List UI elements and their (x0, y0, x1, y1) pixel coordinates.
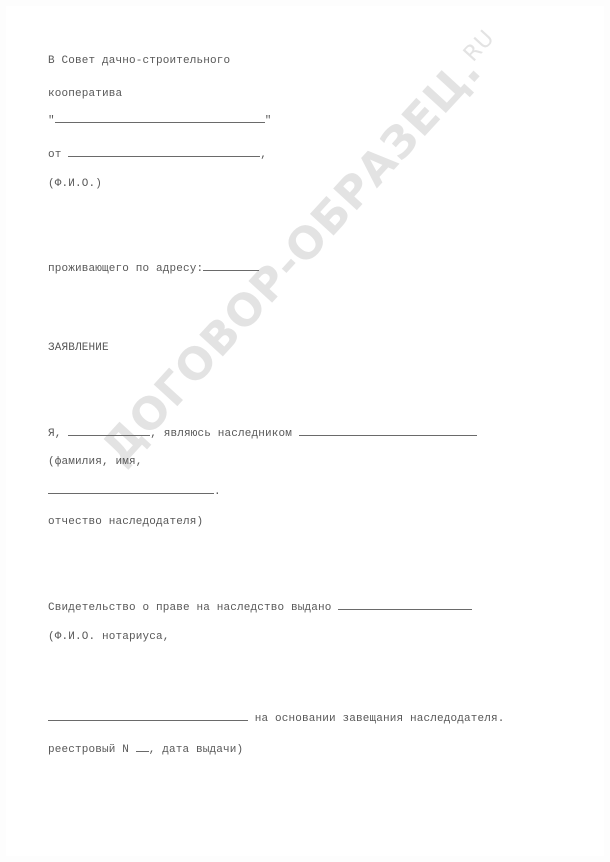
quote-close: " (265, 115, 272, 127)
registry-suffix: , дата выдачи) (149, 744, 244, 756)
testator-name-continued-field[interactable] (48, 483, 214, 494)
address-label: проживающего по адресу: (48, 263, 203, 275)
notary-details-field[interactable] (48, 710, 248, 721)
from-suffix: , (260, 149, 267, 161)
certificate-text: Свидетельство о праве на наследство выда… (48, 602, 332, 614)
fio-hint: (Ф.И.О.) (48, 177, 102, 191)
from-label: от (48, 149, 62, 161)
notary-name-field[interactable] (338, 599, 472, 610)
quote-open: " (48, 115, 55, 127)
heir-hint: (фамилия, имя, (48, 455, 143, 469)
address-row: проживающего по адресу: (48, 260, 259, 276)
basis-text: на основании завещания наследодателя. (255, 713, 505, 725)
registry-row: реестровый N , дата выдачи) (48, 741, 243, 757)
address-field[interactable] (203, 260, 259, 271)
heir-period: . (214, 486, 221, 498)
cooperative-name-field[interactable] (55, 112, 265, 123)
from-row: от , (48, 146, 267, 162)
heir-name-field[interactable] (68, 425, 150, 436)
addressee-line-2: кооператива (48, 87, 122, 101)
testator-continued-row: . (48, 483, 221, 499)
registry-prefix: реестровый N (48, 744, 129, 756)
certificate-row: Свидетельство о праве на наследство выда… (48, 599, 472, 615)
basis-row: на основании завещания наследодателя. (48, 710, 505, 726)
applicant-name-field[interactable] (68, 146, 260, 157)
addressee-line-1: В Совет дачно-строительного (48, 54, 230, 68)
registry-number-field[interactable] (136, 741, 149, 752)
heir-hint-2: отчество наследодателя) (48, 515, 203, 529)
heir-prefix: Я, (48, 428, 62, 440)
testator-name-field[interactable] (299, 425, 477, 436)
heir-middle: , являюсь наследником (150, 428, 292, 440)
document-title: ЗАЯВЛЕНИЕ (48, 341, 109, 355)
cooperative-name-row: "" (48, 112, 272, 128)
notary-hint: (Ф.И.О. нотариуса, (48, 630, 170, 644)
heir-row: Я, , являюсь наследником (48, 425, 477, 441)
